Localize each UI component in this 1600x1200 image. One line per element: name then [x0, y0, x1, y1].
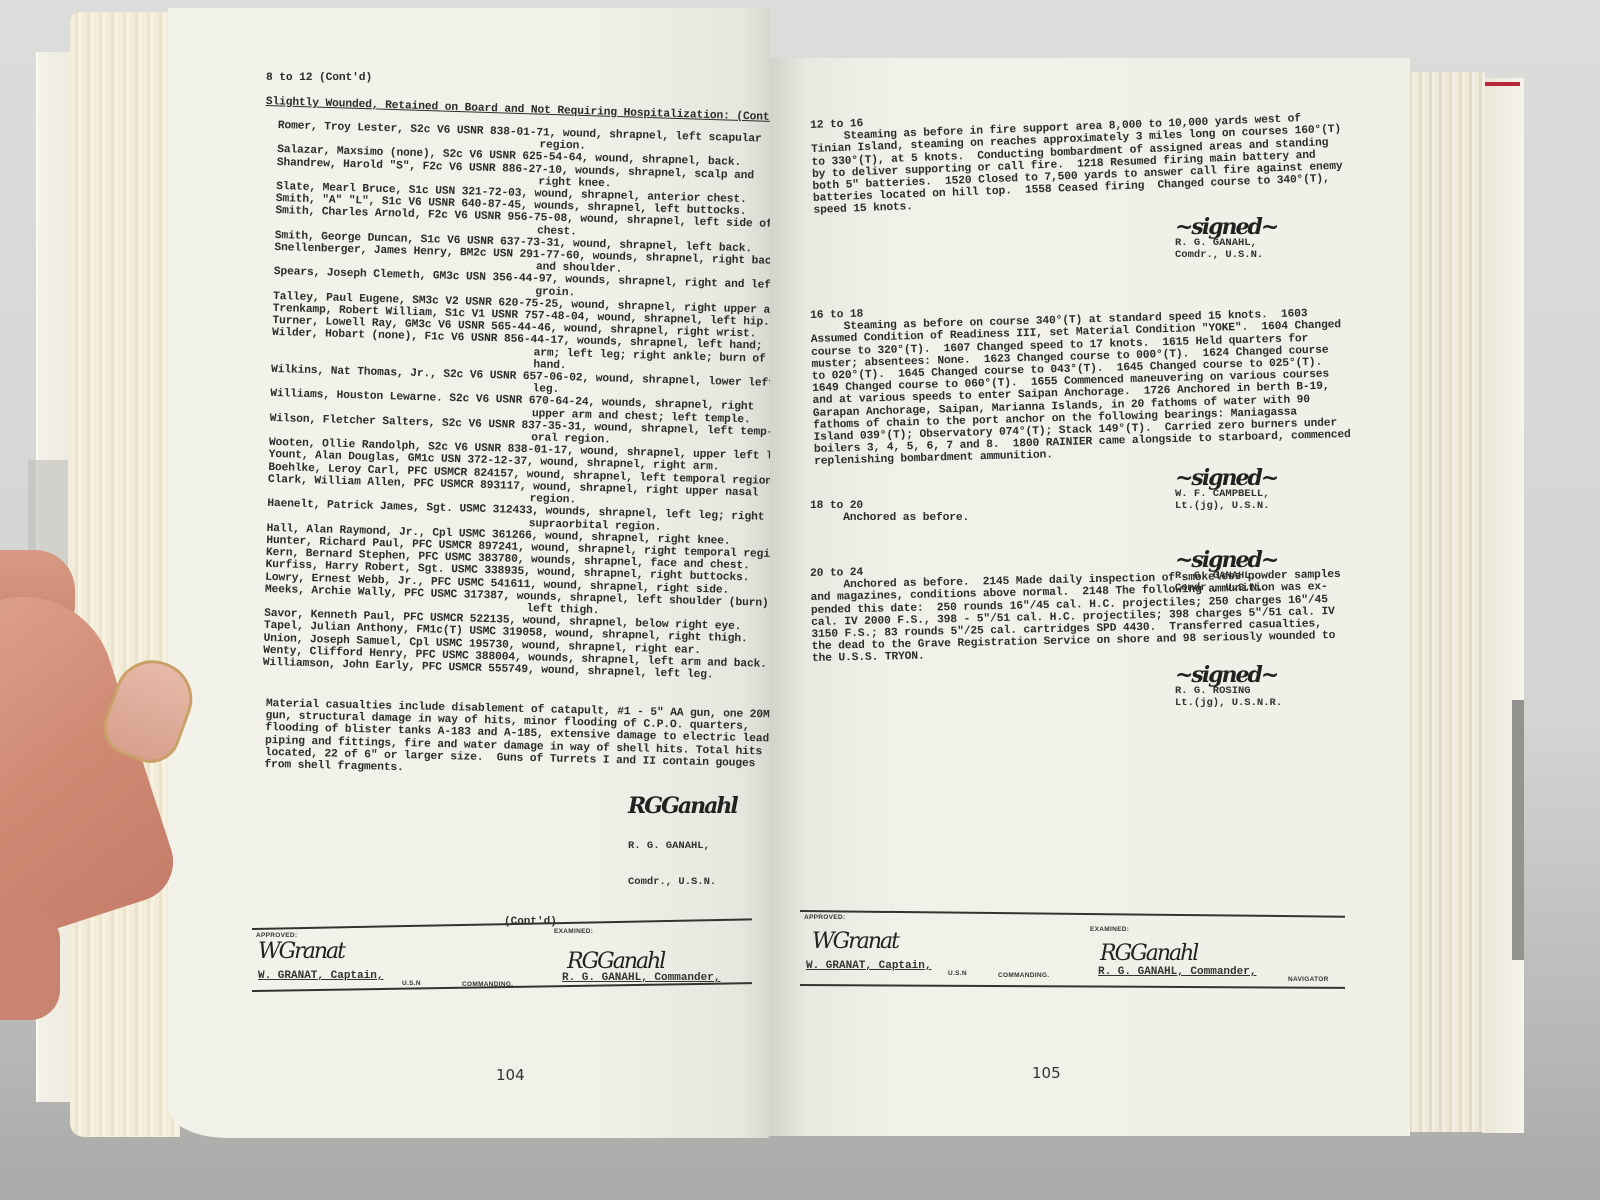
approval-footer-right: APPROVED: EXAMINED: WGranat W. GRANAT, C…	[800, 906, 1345, 1006]
commander-signature: RGGanahl	[1100, 944, 1197, 964]
signer-name: W. F. CAMPBELL,	[1175, 488, 1277, 500]
commanding-label: COMMANDING.	[998, 972, 1049, 979]
captain-signature: WGranat	[812, 932, 898, 952]
right-page-stack	[1405, 72, 1485, 1132]
section-heading: Slightly Wounded, Retained on Board and …	[266, 96, 770, 125]
lower-finger	[0, 910, 60, 1020]
entry-signature: ~signed~R. G. ROSINGLt.(jg), U.S.N.R.	[1175, 665, 1282, 709]
diary-entry: 16 to 18 Steaming as before on course 34…	[810, 295, 1351, 469]
approved-label: APPROVED:	[256, 932, 297, 939]
back-cover-right	[1482, 78, 1524, 1133]
captain-signature: WGranat	[258, 942, 344, 962]
background-object	[1512, 700, 1524, 960]
approver-name: W. GRANAT, Captain,	[258, 970, 383, 982]
signer-title: Lt.(jg), U.S.N.	[1175, 500, 1277, 512]
page-number: 105	[1032, 1064, 1061, 1082]
handwritten-signature: RGGanahl	[628, 796, 737, 816]
material-casualties: Material casualties include disablement …	[264, 698, 770, 783]
entry-text: Anchored as before. 2145 Made daily insp…	[810, 569, 1342, 666]
approver-service: U.S.N	[402, 980, 421, 987]
signer-name: R. G. GANAHL,	[628, 840, 737, 852]
watch-time: 18 to 20	[810, 500, 969, 512]
signer-title: Lt.(jg), U.S.N.R.	[1175, 697, 1282, 709]
footer-rule-bottom	[800, 984, 1345, 989]
diary-entry: 12 to 16 Steaming as before in fire supp…	[810, 100, 1344, 218]
book-photo: 8 to 12 (Cont'd) Slightly Wounded, Retai…	[0, 0, 1600, 1200]
page-number: 104	[496, 1066, 525, 1084]
signer-title: Comdr., U.S.N.	[628, 876, 737, 888]
handwritten-signature: ~signed~	[1175, 468, 1277, 488]
entry-text: Steaming as before on course 340°(T) at …	[810, 307, 1351, 468]
signature-block: RGGanahl R. G. GANAHL, Comdr., U.S.N.	[628, 772, 737, 912]
examiner-name: R. G. GANAHL, Commander,	[1098, 966, 1256, 978]
signer-title: Comdr., U.S.N.	[1175, 249, 1277, 261]
approver-service: U.S.N	[948, 970, 967, 977]
navigator-label: NAVIGATOR	[1288, 976, 1329, 983]
diary-entry: 20 to 24 Anchored as before. 2145 Made d…	[810, 557, 1342, 666]
handwritten-signature: ~signed~	[1175, 665, 1282, 685]
thumb	[0, 574, 183, 960]
entry-text: Anchored as before.	[810, 512, 969, 524]
casualty-roster: Romer, Troy Lester, S2c V6 USNR 838-01-7…	[263, 120, 770, 684]
footer-rule	[800, 910, 1345, 918]
handwritten-signature: ~signed~	[1175, 217, 1277, 237]
left-page: 8 to 12 (Cont'd) Slightly Wounded, Retai…	[168, 8, 770, 1138]
diary-entry: 18 to 20 Anchored as before.	[810, 500, 969, 524]
examined-label: EXAMINED:	[554, 928, 593, 935]
approval-footer: (Cont'd) APPROVED: EXAMINED: WGranat W. …	[252, 908, 752, 998]
approver-name: W. GRANAT, Captain,	[806, 960, 931, 972]
right-page: 12 to 16 Steaming as before in fire supp…	[770, 58, 1410, 1136]
approved-label: APPROVED:	[804, 914, 845, 921]
footer-rule	[252, 918, 752, 930]
hand-holding-book	[0, 550, 210, 1020]
entry-signature: ~signed~W. F. CAMPBELL,Lt.(jg), U.S.N.	[1175, 468, 1277, 512]
examined-label: EXAMINED:	[1090, 926, 1129, 933]
entry-signature: ~signed~R. G. GANAHL,Comdr., U.S.N.	[1175, 217, 1277, 261]
time-header: 8 to 12 (Cont'd)	[266, 72, 372, 84]
commander-signature: RGGanahl	[567, 952, 664, 972]
